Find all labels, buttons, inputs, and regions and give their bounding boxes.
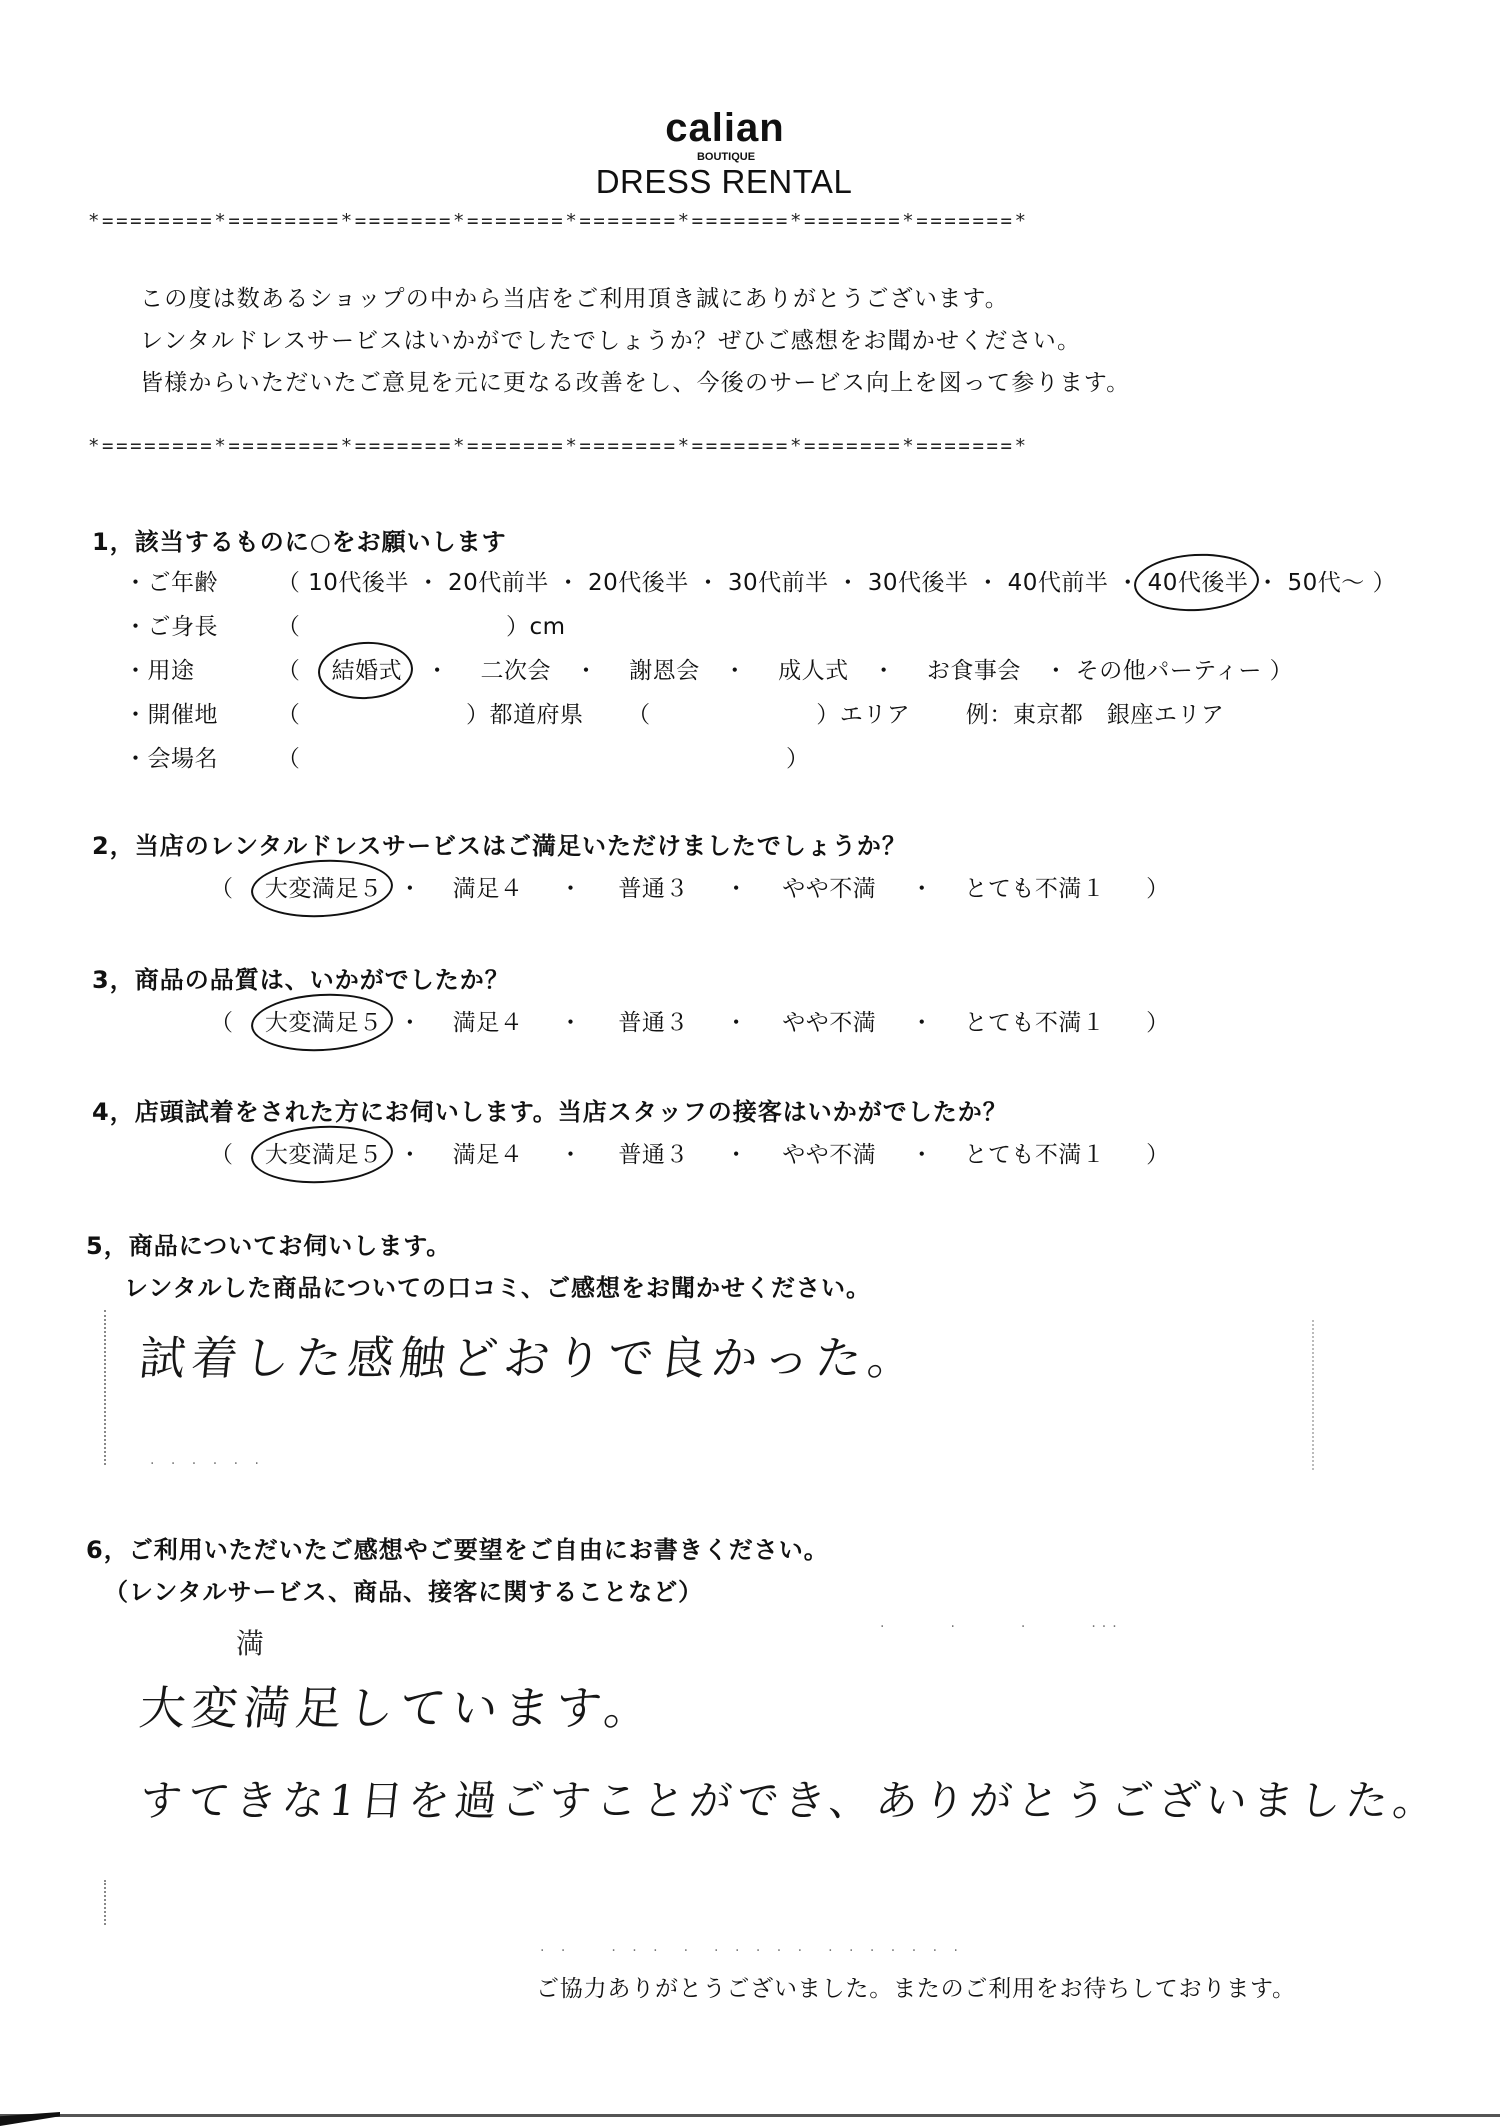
answer-box-border bbox=[1312, 1320, 1314, 1470]
age-option[interactable]: 30代後半 bbox=[868, 564, 969, 597]
paren-open: （ bbox=[277, 570, 301, 596]
height-unit: ）cm bbox=[506, 614, 566, 640]
q6-correction-note: 満 bbox=[236, 1622, 264, 1662]
prefecture-suffix: ）都道府県 bbox=[466, 702, 584, 728]
rating-option[interactable]: 普通３ bbox=[604, 870, 704, 903]
q6-handwritten-line-1[interactable]: 大変満足しています。 bbox=[137, 1672, 660, 1738]
q2-rating-row: （ 大変満足５ ・ 満足４ ・ 普通３ ・ やや不満 ・ とても不満１ ） bbox=[210, 870, 1170, 903]
brand-subtitle: BOUTIQUE bbox=[0, 151, 1452, 163]
venue-name-label: ・会場名 bbox=[124, 740, 269, 773]
rating-option[interactable]: 満足４ bbox=[438, 1004, 538, 1037]
q4-rating-row: （ 大変満足５ ・ 満足４ ・ 普通３ ・ やや不満 ・ とても不満１ ） bbox=[210, 1136, 1170, 1169]
q5-title: 5，商品についてお伺いします。 bbox=[86, 1226, 451, 1261]
rating-option[interactable]: 満足４ bbox=[438, 1136, 538, 1169]
q5-subtitle: レンタルした商品についての口コミ、ご感想をお聞かせください。 bbox=[124, 1268, 871, 1303]
rating-option[interactable]: とても不満１ bbox=[955, 1004, 1115, 1037]
q6-subtitle: （レンタルサービス、商品、接客に関することなど） bbox=[104, 1572, 703, 1607]
purpose-label: ・用途 bbox=[124, 652, 269, 685]
q3-title: 3，商品の品質は、いかがでしたか？ bbox=[92, 960, 510, 995]
document-title: DRESS RENTAL bbox=[0, 163, 1448, 201]
q1-age-row: ・ご年齢 （ 10代後半 ・ 20代前半 ・ 20代後半 ・ 30代前半 ・ 3… bbox=[124, 564, 1396, 597]
q6-handwritten-line-2[interactable]: すてきな1日を過ごすことができ、ありがとうございました。 bbox=[137, 1768, 1444, 1828]
q6-title: 6，ご利用いただいたご感想やご要望をご自由にお書きください。 bbox=[86, 1530, 829, 1565]
purpose-option[interactable]: 二次会 bbox=[480, 652, 551, 685]
rating-option-selected[interactable]: 大変満足５ bbox=[265, 1004, 383, 1037]
paren-open: （ bbox=[627, 702, 651, 728]
q5-handwritten-answer[interactable]: 試着した感触どおりで良かった。 bbox=[137, 1322, 924, 1388]
paren-open: （ bbox=[277, 746, 301, 772]
answer-box-border bbox=[104, 1880, 106, 1925]
q4-title: 4，店頭試着をされた方にお伺いします。当店スタッフの接客はいかがでしたか？ bbox=[92, 1092, 1008, 1127]
paren-open: （ bbox=[277, 702, 301, 728]
age-option-selected[interactable]: 40代後半 bbox=[1148, 564, 1249, 597]
rating-option[interactable]: とても不満１ bbox=[955, 870, 1115, 903]
q3-rating-row: （ 大変満足５ ・ 満足４ ・ 普通３ ・ やや不満 ・ とても不満１ ） bbox=[210, 1004, 1170, 1037]
age-option[interactable]: 50代～ bbox=[1287, 564, 1364, 597]
answer-box-dots: . . . . . . bbox=[150, 1452, 265, 1468]
rating-option[interactable]: 普通３ bbox=[604, 1136, 704, 1169]
rating-option[interactable]: 普通３ bbox=[604, 1004, 704, 1037]
paren-close: ） bbox=[1373, 570, 1397, 596]
paren-close: ） bbox=[786, 746, 810, 772]
page-edge-line bbox=[0, 2114, 1500, 2117]
q1-title: 1，該当するものに○をお願いします bbox=[92, 522, 507, 557]
height-label: ・ご身長 bbox=[124, 608, 269, 641]
age-option[interactable]: 40代前半 bbox=[1008, 564, 1109, 597]
footer-thanks: ご協力ありがとうございました。またのご利用をお待ちしております。 bbox=[536, 1970, 1296, 2003]
purpose-option[interactable]: 成人式 bbox=[778, 652, 849, 685]
intro-line-1: この度は数あるショップの中から当店をご利用頂き誠にありがとうございます。 bbox=[140, 280, 1009, 313]
answer-box-dots: . . . ... bbox=[880, 1612, 1123, 1632]
rating-option[interactable]: 満足４ bbox=[438, 870, 538, 903]
intro-line-2: レンタルドレスサービスはいかがでしたでしょうか？ぜひご感想をお聞かせください。 bbox=[140, 322, 1081, 355]
purpose-option[interactable]: 謝恩会 bbox=[629, 652, 700, 685]
paren-close: ） bbox=[1270, 658, 1294, 684]
q1-height-row: ・ご身長 （ ）cm bbox=[124, 608, 566, 641]
age-option[interactable]: 10代後半 bbox=[308, 564, 409, 597]
q1-purpose-row: ・用途 （ 結婚式 ・ 二次会 ・ 謝恩会 ・ 成人式 ・ お食事会 ・ その他… bbox=[124, 652, 1293, 685]
rating-option-selected[interactable]: 大変満足５ bbox=[265, 870, 383, 903]
age-label: ・ご年齢 bbox=[124, 564, 269, 597]
divider-top: *========*========*=======*=======*=====… bbox=[88, 210, 1029, 232]
age-option[interactable]: 20代前半 bbox=[448, 564, 549, 597]
paren-open: （ bbox=[277, 658, 324, 684]
purpose-option-selected[interactable]: 結婚式 bbox=[332, 652, 403, 685]
rating-option[interactable]: やや不満 bbox=[769, 1004, 889, 1037]
rating-option-selected[interactable]: 大変満足５ bbox=[265, 1136, 383, 1169]
q1-venue-area-row: ・開催地 （ ）都道府県 （ ）エリア 例：東京都 銀座エリア bbox=[124, 696, 1224, 729]
intro-line-3: 皆様からいただいたご意見を元に更なる改善をし、今後のサービス向上を図って参ります… bbox=[140, 364, 1130, 397]
venue-area-label: ・開催地 bbox=[124, 696, 269, 729]
purpose-option[interactable]: その他パーティー bbox=[1076, 652, 1262, 685]
q2-title: 2，当店のレンタルドレスサービスはご満足いただけましたでしょうか？ bbox=[92, 826, 907, 861]
venue-example: 例：東京都 銀座エリア bbox=[966, 702, 1225, 728]
age-option[interactable]: 30代前半 bbox=[728, 564, 829, 597]
rating-option[interactable]: とても不満１ bbox=[955, 1136, 1115, 1169]
q1-venue-name-row: ・会場名 （ ） bbox=[124, 740, 809, 773]
brand-logo: calian bbox=[0, 108, 1450, 148]
area-suffix: ）エリア bbox=[816, 702, 910, 728]
rating-option[interactable]: やや不満 bbox=[769, 870, 889, 903]
answer-box-dots: . . . . . . . . . . . . . . . . . . bbox=[540, 1936, 964, 1956]
answer-box-border bbox=[104, 1310, 106, 1465]
purpose-option[interactable]: お食事会 bbox=[927, 652, 1021, 685]
rating-option[interactable]: やや不満 bbox=[769, 1136, 889, 1169]
age-option[interactable]: 20代後半 bbox=[588, 564, 689, 597]
height-paren-open: （ bbox=[277, 614, 301, 640]
divider-bottom: *========*========*=======*=======*=====… bbox=[88, 435, 1029, 457]
